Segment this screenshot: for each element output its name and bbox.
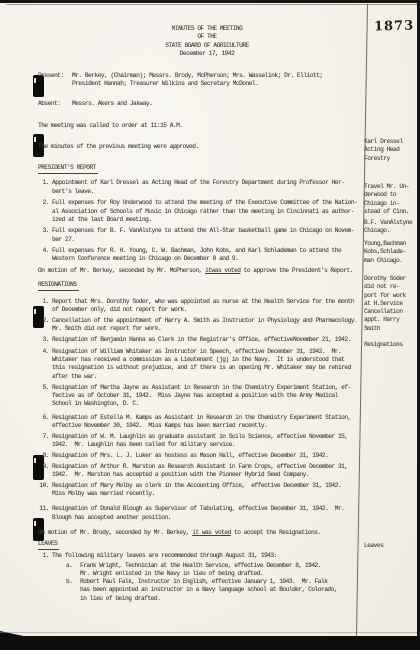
text-line: Travel Mr. Un- <box>364 183 418 191</box>
text-line: Appointment of Karl Dressel as Acting He… <box>52 179 360 187</box>
text-line: B.F. VanAlstyne <box>364 219 418 227</box>
margin-note: B.F. VanAlstyneChicago. <box>364 219 418 236</box>
text-line: 1942. Mr. Laughlin has been called for m… <box>52 441 360 449</box>
text-line: Resignation of Mrs. L. J. Luker as hoste… <box>52 452 360 460</box>
section-heading: LEAVES <box>38 540 360 550</box>
scan-edge-bottom <box>0 636 420 650</box>
text-line: appt. Harry <box>364 316 418 324</box>
section-heading-text: LEAVES <box>38 540 59 550</box>
text-line: Full expenses for B. F. VanAlstyne to at… <box>52 227 360 235</box>
margin-note: Cancellationappt. HarrySmith <box>364 308 418 333</box>
item-number: 8. <box>36 452 49 460</box>
motion-line: On motion of Mr. Brody, seconded by Mr. … <box>38 529 360 537</box>
text-line: in lieu of being drafted. <box>80 595 360 603</box>
list-subitem: b.Robert Paul Falk, Instructor in Englis… <box>66 578 360 603</box>
text-line: Report that Mrs. Dorothy Soder, who was … <box>52 298 360 306</box>
text-line: Western Conference meeting in Chicago on… <box>52 255 360 263</box>
text-line: Mr. Smith did not report for work. <box>52 325 360 333</box>
text-line: December 17, 1942 <box>46 50 368 58</box>
subitem-letter: b. <box>66 578 72 586</box>
text-line: Blough has accepted another position. <box>52 514 360 522</box>
list-subitem: a.Frank Wright, Technician at the Health… <box>66 562 360 579</box>
item-number: 1. <box>36 298 49 306</box>
called-to-order-line: The meeting was called to order at 11:15… <box>38 122 360 130</box>
list-item: 1.The following military leaves are reco… <box>38 552 360 560</box>
list-item: 2.Full expenses for Roy Underwood to att… <box>38 199 360 224</box>
text-line: Smith <box>364 325 418 333</box>
main-column: MINUTES OF THE MEETINGOF THESTATE BOARD … <box>38 24 360 603</box>
margin-note: Resignations <box>364 341 418 349</box>
item-number: 4. <box>36 247 49 255</box>
item-number: 3. <box>36 227 49 235</box>
text-line: Resignations <box>364 341 418 349</box>
text-line: Resignation of William Whitaker as Instr… <box>52 348 360 356</box>
text-line: this resignation is without prejudice, a… <box>52 364 360 372</box>
text-line: Karl Dressel <box>364 138 418 146</box>
text-line: Acting Head <box>364 146 418 154</box>
list-item: 4.Resignation of William Whitaker as Ins… <box>38 348 360 381</box>
text-line: has been appointed an instructor in a Na… <box>80 586 360 594</box>
list-item: 3.Full expenses for B. F. VanAlstyne to … <box>38 227 360 244</box>
item-number: 2. <box>36 199 49 207</box>
text-line: did not re- <box>364 283 418 291</box>
text-line: Resignation of Benjamin Hanna as Clerk i… <box>52 336 360 344</box>
text-line: Young,Bachman <box>364 240 418 248</box>
section-heading: PRESIDENT'S REPORT <box>38 164 360 174</box>
text-line: al Association of Schools of Music in Ch… <box>52 208 360 216</box>
list-item: 8.Resignation of Mrs. L. J. Luker as hos… <box>38 452 360 460</box>
text-line: fective as of October 31, 1942. Miss Jay… <box>52 392 360 400</box>
text-line: Miss Molby was married recently. <box>52 490 360 498</box>
text-line: port for work <box>364 292 418 300</box>
text-line: 1942. Mr. Marston has accepted a positio… <box>52 471 360 479</box>
section-heading-text: RESIGNATIONS <box>38 281 79 291</box>
text-line: Whitaker has received a commission as a … <box>52 356 360 364</box>
text-line: stead of Cinn. <box>364 208 418 216</box>
item-number: 10. <box>36 482 49 490</box>
minutes-approved-line: The minutes of the previous meeting were… <box>38 143 360 151</box>
text-line: President Hannah; Treasurer Wilkins and … <box>72 80 360 88</box>
text-line: Resignation of Arthur R. Marston as Rese… <box>52 463 360 471</box>
text-line: Resignation of W. M. Laughlin as graduat… <box>52 433 360 441</box>
absent-line: Absent:Messrs. Akers and Jakway. <box>38 100 360 108</box>
margin-note: Young,BachmanKobs,Schlade-man Chicago. <box>364 240 418 265</box>
text-line: Robert Paul Falk, Instructor in English,… <box>80 578 360 586</box>
list-item: 9.Resignation of Arthur R. Marston as Re… <box>38 463 360 480</box>
item-number: 11. <box>36 505 49 513</box>
text-line: Resignation of Donald Blough as Supervis… <box>52 505 360 513</box>
text-line: Leaves <box>364 542 418 550</box>
margin-note: Leaves <box>364 542 418 550</box>
text-line: after the war. <box>52 373 360 381</box>
present-line: Present:Mr. Berkey, (Chairman); Messrs. … <box>38 72 360 89</box>
scan-edge-top <box>0 0 420 3</box>
item-number: 9. <box>36 463 49 471</box>
item-number: 3. <box>36 336 49 344</box>
item-number: 5. <box>36 384 49 392</box>
motion-line: On motion of Mr. Berkey, seconded by Mr.… <box>38 267 360 275</box>
text-line: Resignation of Estella M. Kamps as Assis… <box>52 414 360 422</box>
page-number-stamp: 1873 <box>374 18 415 34</box>
absent-label: Absent: <box>38 100 61 108</box>
text-line: Chicago. <box>364 227 418 235</box>
text-line: Messrs. Akers and Jakway. <box>72 100 360 108</box>
text-line: at H.Service <box>364 300 418 308</box>
margin-note: Dorothy Soderdid not re-port for workat … <box>364 275 418 308</box>
text-line: Full expenses for Roy Underwood to atten… <box>52 199 360 207</box>
item-number: 4. <box>36 348 49 356</box>
text-line: man Chicago. <box>364 257 418 265</box>
present-label: Present: <box>38 72 64 80</box>
text-line: OF THE <box>46 33 368 41</box>
text-line: ized at the last Board meeting. <box>52 216 360 224</box>
paper-top-edge-line <box>6 4 417 5</box>
item-number: 2. <box>36 317 49 325</box>
text-line: Dorothy Soder <box>364 275 418 283</box>
margin-note: Travel Mr. Un-derwood toChicago in-stead… <box>364 183 418 216</box>
text-line: Frank Wright, Technician at the Health S… <box>80 562 360 570</box>
list-item: 10.Resignation of Mary Molby as clerk in… <box>38 482 360 499</box>
text-line: Forestry <box>364 155 418 163</box>
item-number: 6. <box>36 414 49 422</box>
section-heading: RESIGNATIONS <box>38 281 360 291</box>
text-line: derwood to <box>364 191 418 199</box>
text-line: bert's leave. <box>52 188 360 196</box>
section-heading-text: PRESIDENT'S REPORT <box>38 164 98 174</box>
text-line: The following military leaves are recomm… <box>52 552 360 560</box>
text-line: Resignation of Martha Jayne as Assistant… <box>52 384 360 392</box>
list-item: 6.Resignation of Estella M. Kamps as Ass… <box>38 414 360 431</box>
text-line: Mr. Wright enlisted in the Navy in lieu … <box>80 570 360 578</box>
list-item: 3.Resignation of Benjamin Hanna as Clerk… <box>38 336 360 344</box>
text-line: Chicago in- <box>364 200 418 208</box>
paper-bottom-edge-line <box>0 632 417 633</box>
motion-voted-phrase: it was voted <box>192 529 231 536</box>
text-line: Cancellation <box>364 308 418 316</box>
text-line: ber 27. <box>52 236 360 244</box>
motion-voted-phrase: itwas voted <box>205 267 240 274</box>
list-item: 1.Report that Mrs. Dorothy Soder, who wa… <box>38 298 360 315</box>
item-number: 1. <box>36 552 49 560</box>
text-line: MINUTES OF THE MEETING <box>46 25 368 33</box>
list-item: 5.Resignation of Martha Jayne as Assista… <box>38 384 360 409</box>
list-item: 2.Cancellation of the appointment of Har… <box>38 317 360 334</box>
text-line: School in Washington, D. C. <box>52 400 360 408</box>
text-line: of December only, did not report for wor… <box>52 306 360 314</box>
text-line: Cancellation of the appointment of Harry… <box>52 317 360 325</box>
text-line: Full expenses for R. H. Young, C. W. Bac… <box>52 247 360 255</box>
item-number: 1. <box>36 179 49 187</box>
list-item: 1.Appointment of Karl Dressel as Acting … <box>38 179 360 196</box>
list-item: 11.Resignation of Donald Blough as Super… <box>38 505 360 522</box>
scanned-minutes-page: 1873 MINUTES OF THE MEETINGOF THESTATE B… <box>0 0 420 650</box>
text-line: Kobs,Schlade- <box>364 248 418 256</box>
text-line: Mr. Berkey, (Chairman); Messrs. Brody, M… <box>72 72 360 80</box>
text-line: effective November 30, 1942. Miss Kamps … <box>52 422 360 430</box>
text-line: STATE BOARD OF AGRICULTURE <box>46 42 368 50</box>
margin-note: Karl DresselActing HeadForestry <box>364 138 418 163</box>
item-number: 7. <box>36 433 49 441</box>
list-item: 7.Resignation of W. M. Laughlin as gradu… <box>38 433 360 450</box>
text-line: Resignation of Mary Molby as clerk in th… <box>52 482 360 490</box>
document-title: MINUTES OF THE MEETINGOF THESTATE BOARD … <box>46 25 368 58</box>
subitem-letter: a. <box>66 562 72 570</box>
list-item: 4.Full expenses for R. H. Young, C. W. B… <box>38 247 360 264</box>
